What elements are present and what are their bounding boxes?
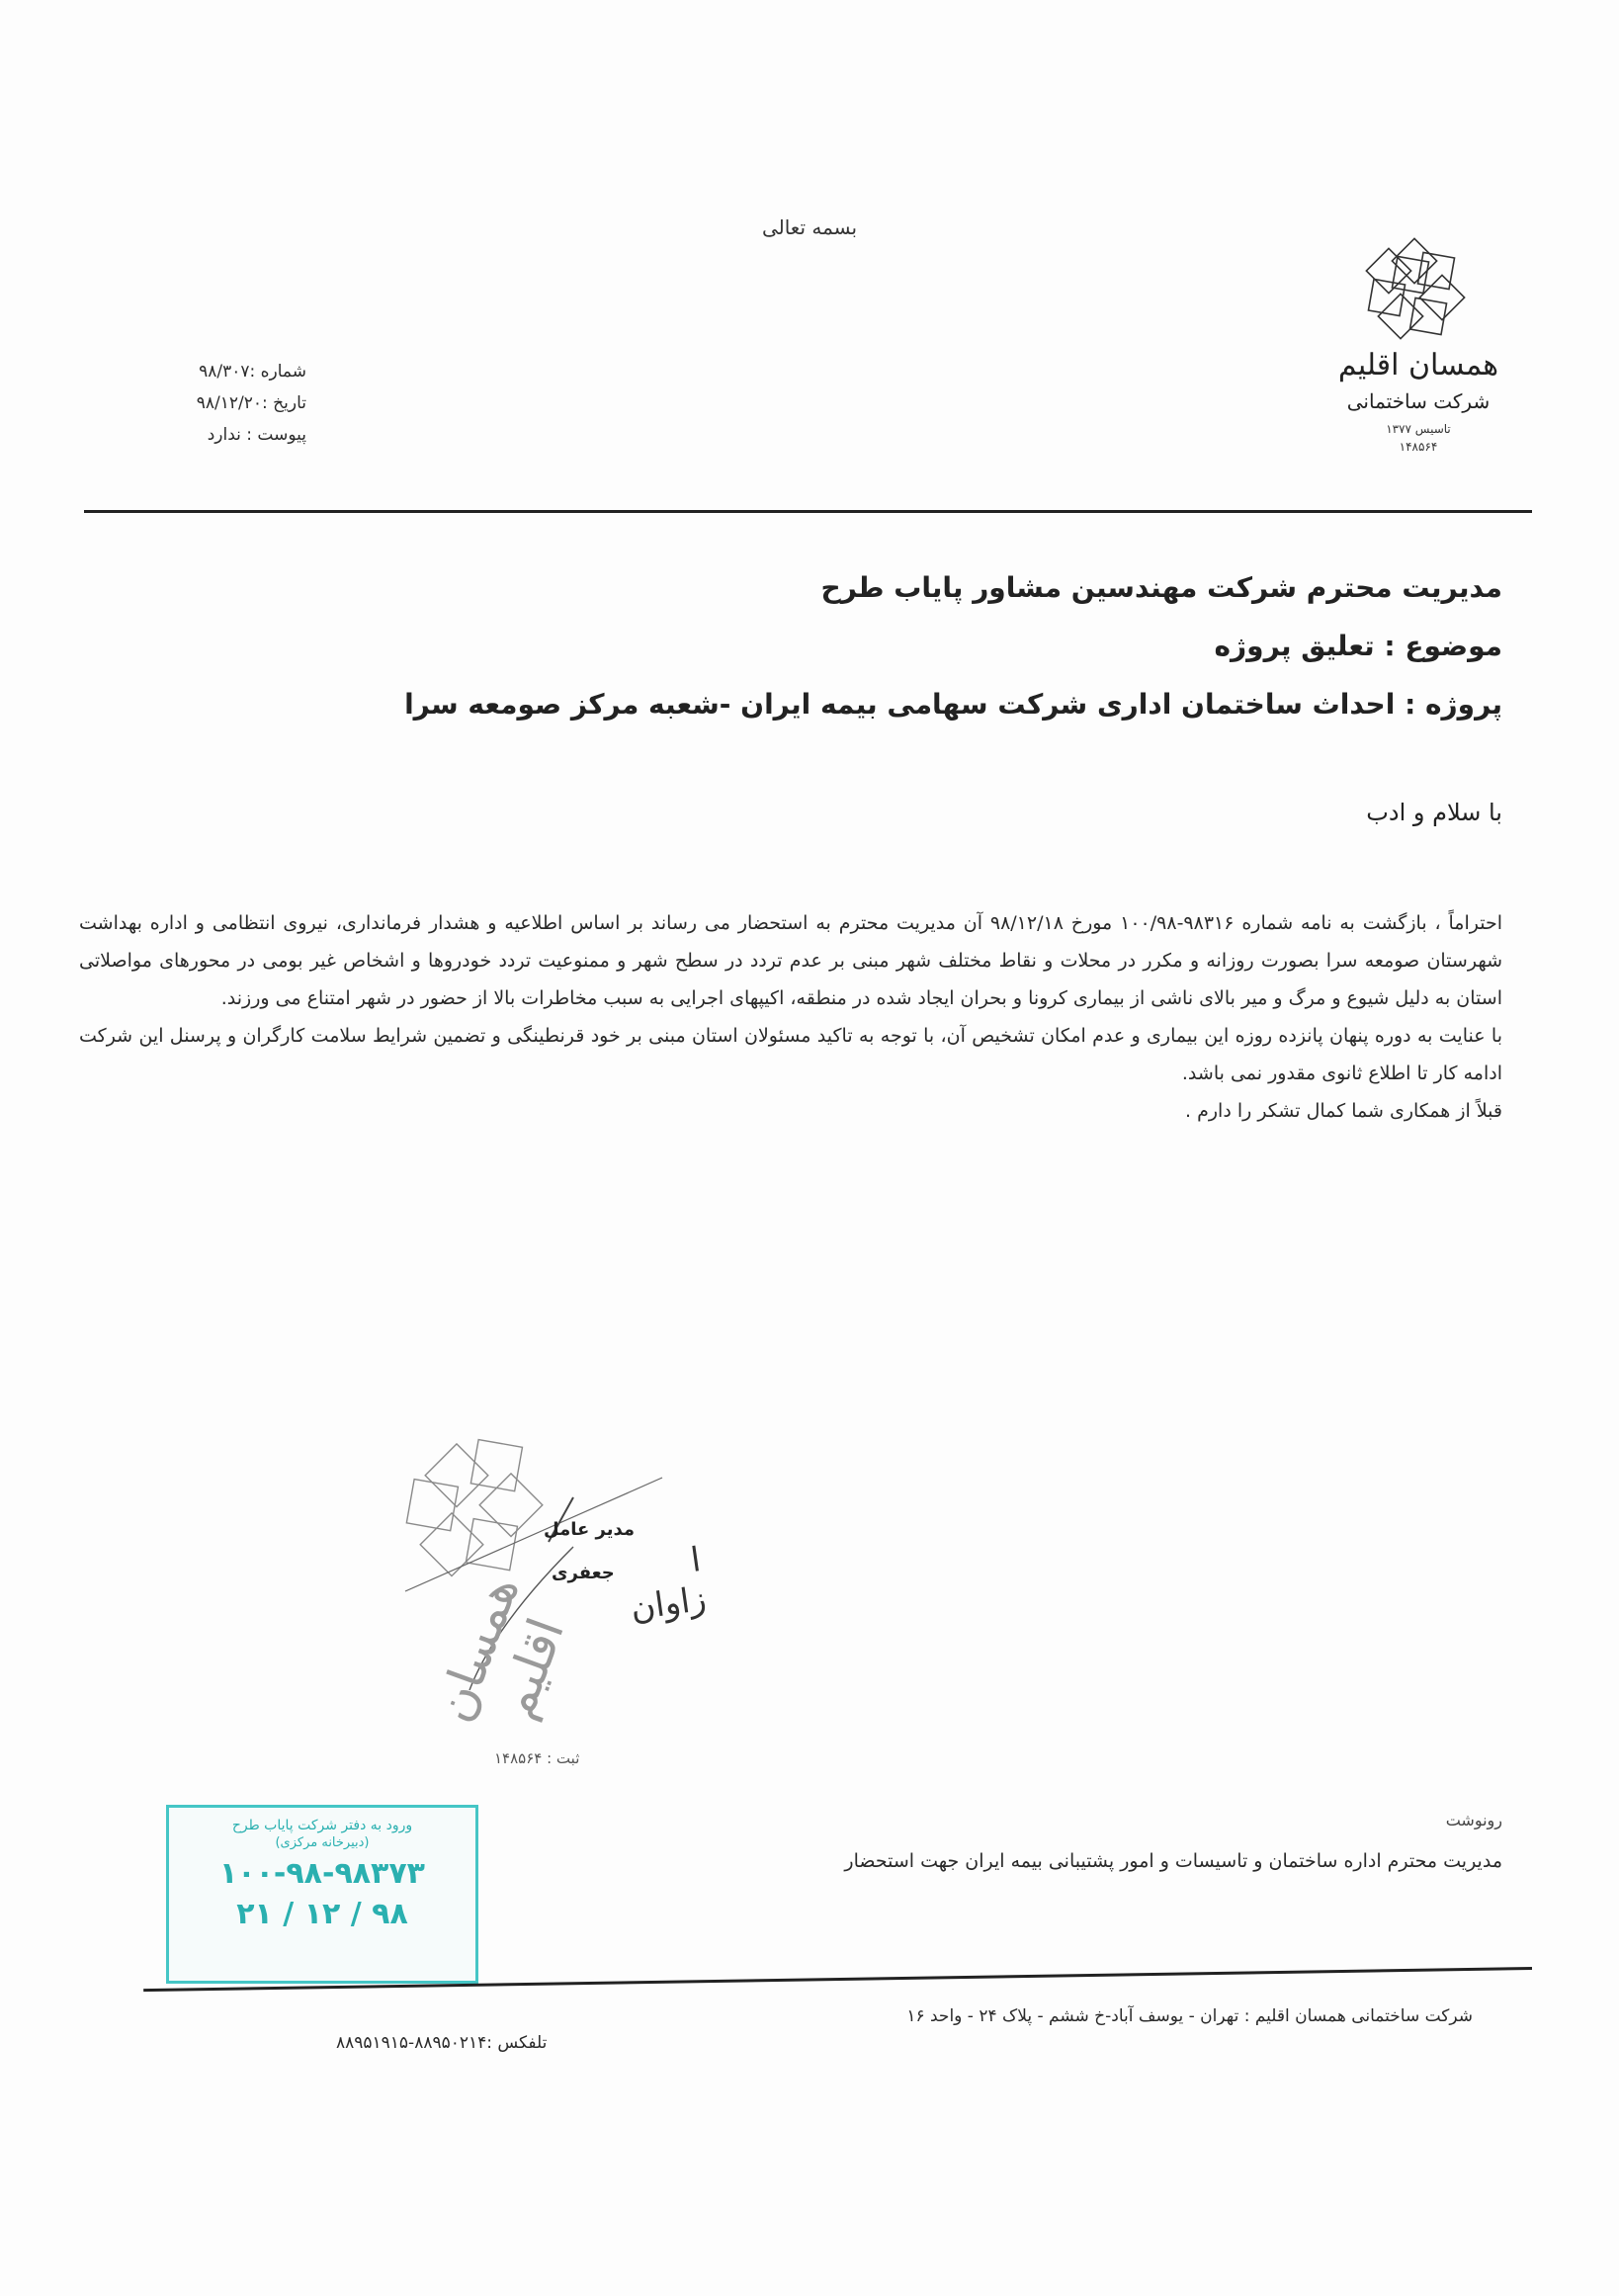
stamp-registration-number: ۱۰۰-۹۸-۹۸۳۷۳ <box>169 1856 475 1891</box>
body-paragraph: احتراماً ، بازگشت به نامه شماره ۹۸۳۱۶-۱۰… <box>79 904 1502 1017</box>
handwritten-signature: ا زاوان <box>623 1540 709 1629</box>
logo-founded-info: تاسیس ۱۳۷۷ ۱۴۸۵۶۴ <box>1329 420 1507 456</box>
basmala-heading: بسمه تعالی <box>0 215 1619 239</box>
cc-recipient: مدیریت محترم اداره ساختمان و تاسیسات و ا… <box>844 1850 1502 1872</box>
letter-body: احتراماً ، بازگشت به نامه شماره ۹۸۳۱۶-۱۰… <box>79 904 1502 1130</box>
cc-label: رونوشت <box>1446 1811 1502 1829</box>
stamp-date: ۹۸ / ۱۲ / ۲۱ <box>169 1897 475 1931</box>
logo-company-name: همسان اقلیم شرکت ساختمانی <box>1329 348 1507 419</box>
signature-block: همسان اقلیم مدیر عامل جعفری ا زاوان ثبت … <box>376 1428 702 1784</box>
company-logo: همسان اقلیم شرکت ساختمانی تاسیس ۱۳۷۷ ۱۴۸… <box>1329 237 1527 474</box>
stamp-department: (دبیرخانه مرکزی) <box>169 1835 475 1850</box>
letter-subject: موضوع : تعلیق پروژه <box>1215 630 1502 662</box>
scanned-letter-page: بسمه تعالی شماره :۹۸/۳۰۷ تاریخ :۹۸/۱۲/۲۰… <box>0 0 1619 2296</box>
header-divider <box>84 510 1532 513</box>
letter-attachment: پیوست : ندارد <box>148 419 306 451</box>
body-paragraph: قبلاً از همکاری شما کمال تشکر را دارم . <box>79 1092 1502 1130</box>
geometric-flower-logo-icon <box>1349 237 1488 346</box>
letter-meta-block: شماره :۹۸/۳۰۷ تاریخ :۹۸/۱۲/۲۰ پیوست : ند… <box>148 356 306 451</box>
receipt-stamp: ورود به دفتر شرکت پایاب طرح (دبیرخانه مر… <box>166 1805 478 1984</box>
seal-registration: ثبت : ۱۴۸۵۶۴ <box>494 1749 579 1767</box>
letter-greeting: با سلام و ادب <box>1366 799 1502 826</box>
signatory-title: مدیر عامل <box>544 1519 635 1540</box>
footer-telfax: تلفکس :۸۸۹۵۰۲۱۴-۸۸۹۵۱۹۱۵ <box>336 2033 547 2053</box>
signatory-name: جعفری <box>552 1563 615 1583</box>
logo-founded: تاسیس ۱۳۷۷ <box>1329 420 1507 438</box>
stamp-office: ورود به دفتر شرکت پایاب طرح <box>169 1818 475 1833</box>
letter-date: تاریخ :۹۸/۱۲/۲۰ <box>148 387 306 419</box>
logo-registration: ۱۴۸۵۶۴ <box>1329 438 1507 456</box>
body-paragraph: با عنایت به دوره پنهان پانزده روزه این ب… <box>79 1017 1502 1092</box>
letter-number: شماره :۹۸/۳۰۷ <box>148 356 306 387</box>
letter-addressee: مدیریت محترم شرکت مهندسین مشاور پایاب طر… <box>821 571 1502 604</box>
letter-project: پروژه : احداث ساختمان اداری شرکت سهامی ب… <box>404 688 1502 721</box>
footer-address: شرکت ساختمانی همسان اقلیم : تهران - یوسف… <box>906 2006 1473 2026</box>
